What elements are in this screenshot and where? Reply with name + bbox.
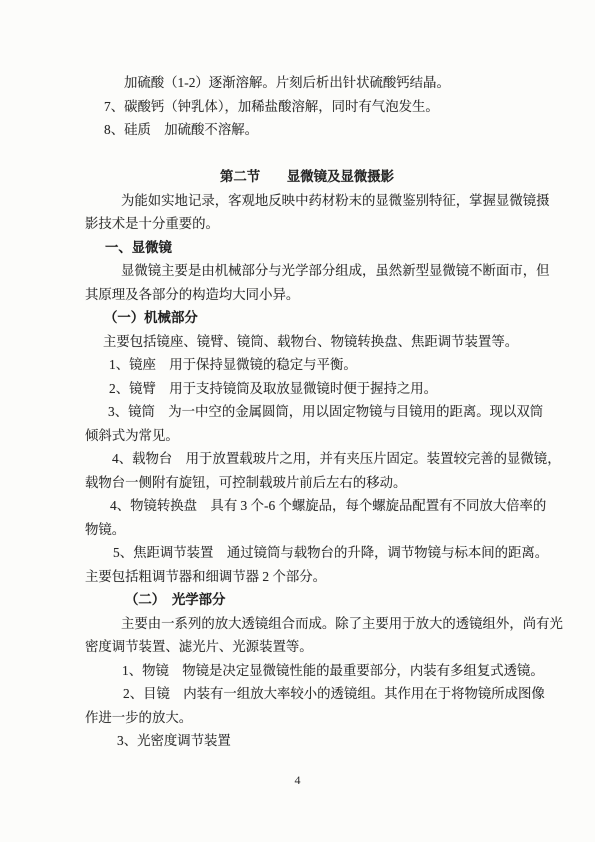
- doc-line: 密度调节装置、滤光片、光源装置等。: [85, 635, 547, 659]
- document-page: 加硫酸（1-2）逐渐溶解。片刻后析出针状硫酸钙结晶。 7、碳酸钙（钟乳体），加稀…: [0, 0, 595, 842]
- blank-line: [85, 142, 547, 166]
- doc-line: 4、载物台 用于放置载玻片之用，并有夹压片固定。装置较完善的显微镜，: [85, 447, 547, 471]
- document-body: 加硫酸（1-2）逐渐溶解。片刻后析出针状硫酸钙结晶。 7、碳酸钙（钟乳体），加稀…: [85, 71, 547, 753]
- doc-line: 3、光密度调节装置: [85, 729, 547, 753]
- doc-line: 物镜。: [85, 518, 547, 542]
- subsection-heading: （二） 光学部分: [85, 588, 547, 612]
- page-number: 4: [0, 773, 595, 788]
- doc-line: 4、物镜转换盘 具有 3 个-6 个螺旋品，每个螺旋品配置有不同放大倍率的: [85, 494, 547, 518]
- doc-line: 主要包括镜座、镜臂、镜筒、载物台、物镜转换盘、焦距调节装置等。: [85, 330, 547, 354]
- section-heading: 第二节 显微镜及显微摄影: [67, 165, 547, 189]
- doc-line: 2、镜臂 用于支持镜筒及取放显微镜时便于握持之用。: [85, 377, 547, 401]
- doc-line: 加硫酸（1-2）逐渐溶解。片刻后析出针状硫酸钙结晶。: [85, 71, 547, 95]
- subsection-heading: 一、显微镜: [85, 236, 547, 260]
- doc-line: 载物台一侧附有旋钮，可控制载玻片前后左右的移动。: [85, 471, 547, 495]
- doc-line: 7、碳酸钙（钟乳体），加稀盐酸溶解，同时有气泡发生。: [85, 95, 547, 119]
- doc-line: 8、硅质 加硫酸不溶解。: [85, 118, 547, 142]
- doc-line: 3、镜筒 为一中空的金属圆筒，用以固定物镜与目镜用的距离。现以双筒: [85, 400, 547, 424]
- doc-line: 主要由一系列的放大透镜组合而成。除了主要用于放大的透镜组外，尚有光: [85, 612, 547, 636]
- doc-line: 1、物镜 物镜是决定显微镜性能的最重要部分，内装有多组复式透镜。: [85, 659, 547, 683]
- doc-line: 作进一步的放大。: [85, 706, 547, 730]
- doc-line: 倾斜式为常见。: [85, 424, 547, 448]
- doc-line: 2、目镜 内装有一组放大率较小的透镜组。其作用在于将物镜所成图像: [85, 682, 547, 706]
- doc-line: 显微镜主要是由机械部分与光学部分组成，虽然新型显微镜不断面市，但: [85, 259, 547, 283]
- doc-line: 5、焦距调节装置 通过镜筒与载物台的升降，调节物镜与标本间的距离。: [85, 541, 547, 565]
- doc-line: 为能如实地记录，客观地反映中药材粉末的显微鉴别特征，掌握显微镜摄: [85, 189, 547, 213]
- doc-line: 主要包括粗调节器和细调节器 2 个部分。: [85, 565, 547, 589]
- doc-line: 1、镜座 用于保持显微镜的稳定与平衡。: [85, 353, 547, 377]
- doc-line: 影技术是十分重要的。: [85, 212, 547, 236]
- subsection-heading: （一）机械部分: [85, 306, 547, 330]
- doc-line: 其原理及各部分的构造均大同小异。: [85, 283, 547, 307]
